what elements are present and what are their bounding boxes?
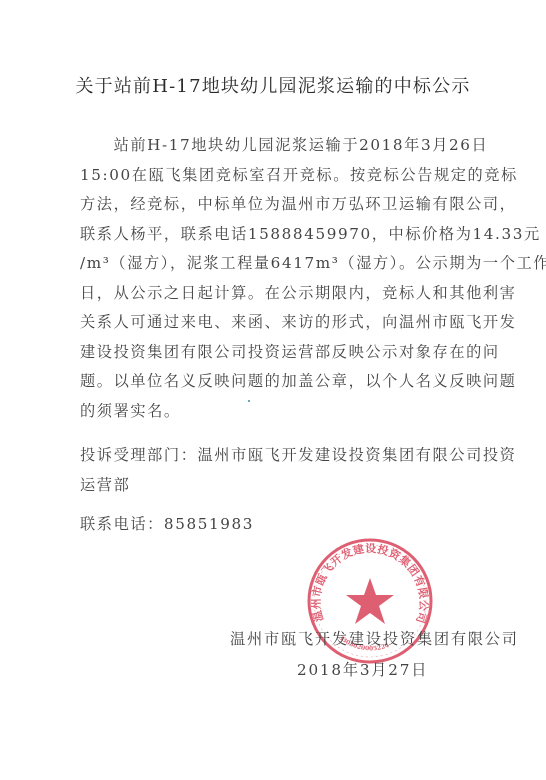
body-line: 联系人杨平，联系电话15888459970，中标价格为14.33元 [80, 223, 541, 244]
contact-phone: 联系电话：85851983 [80, 513, 254, 534]
complaint-dept-line: 投诉受理部门：温州市瓯飞开发建设投资集团有限公司投资 [80, 444, 516, 465]
body-line: 15:00在瓯飞集团竞标室召开竞标。按竞标公告规定的竞标 [80, 164, 518, 185]
body-line: 方法，经竞标，中标单位为温州市万弘环卫运输有限公司， [80, 193, 516, 214]
body-line: 日，从公示之日起计算。在公示期限内，竞标人和其他利害 [80, 282, 516, 303]
body-line: 关系人可通过来电、来函、来访的形式，向温州市瓯飞开发 [80, 311, 516, 332]
document-title: 关于站前H-17地块幼儿园泥浆运输的中标公示 [0, 72, 546, 98]
star-icon [346, 578, 394, 624]
signature-date: 2018年3月27日 [297, 659, 428, 680]
body-line: 建设投资集团有限公司投资运营部反映公示对象存在的问 [80, 341, 500, 362]
complaint-dept-line: 运营部 [80, 474, 130, 495]
scan-speck [248, 400, 250, 402]
body-line: 题。以单位名义反映问题的加盖公章，以个人名义反映问题 [80, 370, 516, 391]
body-line: 的须署实名。 [80, 400, 181, 421]
signature-organization: 温州市瓯飞开发建设投资集团有限公司 [230, 628, 519, 649]
body-line: /m³（湿方），泥浆工程量6417m³（湿方）。公示期为一个工作 [80, 252, 546, 273]
body-line: 站前H-17地块幼儿园泥浆运输于2018年3月26日 [80, 134, 488, 155]
